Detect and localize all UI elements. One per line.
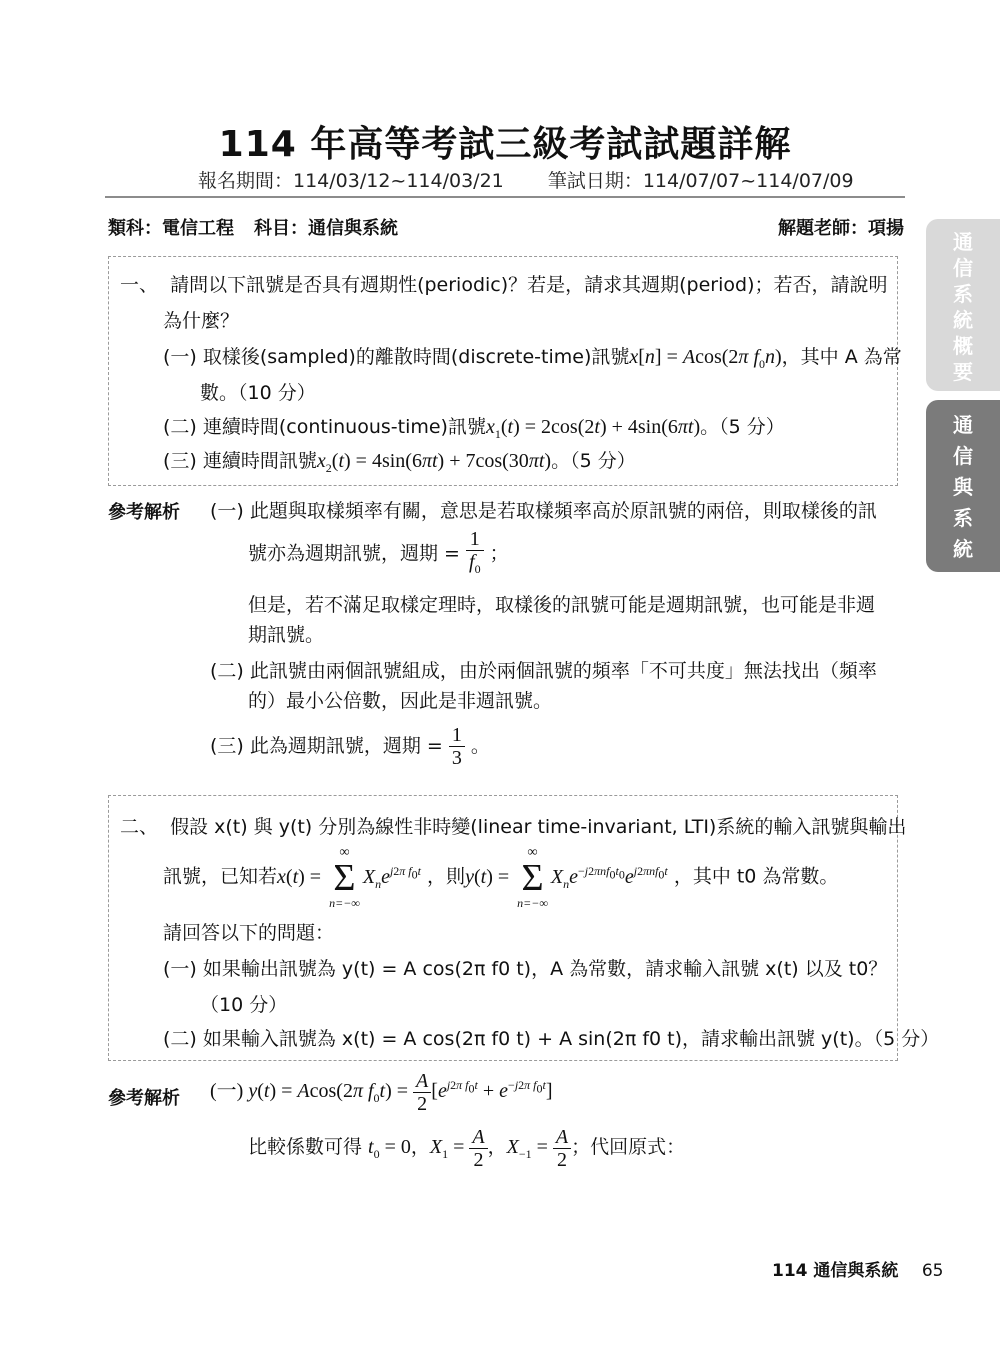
part-text: 如果輸出訊號為 y(t) = A cos(2π f0 t)，A 為常數，請求輸入… <box>203 958 887 980</box>
tab-char: 信 <box>926 255 1000 281</box>
x-formula: x(t) = ∞Σn=−∞Xnej2π f0t <box>277 866 421 888</box>
question-1-stem-cont: 為什麼？ <box>163 306 239 333</box>
question-2-stem-formulas: 訊號，已知若x(t) = ∞Σn=−∞Xnej2π f0t ，則y(t) = ∞… <box>163 846 838 910</box>
footer-label: 114 通信與系統 <box>772 1261 898 1281</box>
subject: 科目：通信與系統 <box>254 218 398 239</box>
stem-text: ，則 <box>427 866 465 888</box>
page-number: 65 <box>922 1261 944 1281</box>
tab-char: 要 <box>926 359 1000 385</box>
answer-tail: 。 <box>471 735 490 757</box>
answer-1-part-2-line-1: (二) 此訊號由兩個訊號組成，由於兩個訊號的頻率「不可共度」無法找出（頻率 <box>210 656 877 683</box>
question-2-part-1: (一) 如果輸出訊號為 y(t) = A cos(2π f0 t)，A 為常數，… <box>163 954 887 981</box>
stem-text: 假設 x(t) 與 y(t) 分別為線性非時變(linear time-inva… <box>170 816 906 838</box>
answer-1-part-1-line-2: 號亦為週期訊號，週期 = 1f0 ； <box>248 528 509 580</box>
part-text: 如果輸入訊號為 x(t) = A cos(2π f0 t) + A sin(2π… <box>203 1028 939 1050</box>
exam-dates: 報名期間：114/03/12~114/03/21 筆試日期：114/07/07~… <box>198 166 854 193</box>
answer-1-part-1-line-4: 期訊號。 <box>248 620 324 647</box>
answer-1-label: 參考解析 <box>108 498 180 524</box>
part-tail: 。（5 分） <box>700 416 785 438</box>
formula: x[n] = Acos(2π f0n) <box>629 346 781 368</box>
stem-text: ，其中 t0 為常數。 <box>674 866 839 888</box>
answer-text: 號亦為週期訊號，週期 = <box>248 543 460 565</box>
part-tail: 。（5 分） <box>551 450 636 472</box>
header-divider <box>105 196 905 198</box>
part-label: (一) <box>163 346 197 368</box>
registration-period: 報名期間：114/03/12~114/03/21 <box>198 170 504 192</box>
part-text: 取樣後(sampled)的離散時間(discrete-time)訊號 <box>203 346 629 368</box>
page-title: 114 年高等考試三級考試試題詳解 <box>0 116 1000 167</box>
question-number: 一、 <box>120 274 158 296</box>
stem-text: 訊號，已知若 <box>163 866 277 888</box>
formula: x2(t) = 4sin(6πt) + 7cos(30πt) <box>317 450 551 472</box>
tab-char: 概 <box>926 333 1000 359</box>
question-1-part-3: (三) 連續時間訊號x2(t) = 4sin(6πt) + 7cos(30πt)… <box>163 446 636 476</box>
part-text: 連續時間訊號 <box>203 450 317 472</box>
formula: x1(t) = 2cos(2t) + 4sin(6πt) <box>486 416 700 438</box>
tab-char: 統 <box>926 307 1000 333</box>
answer-1-part-1-line-1: (一) 此題與取樣頻率有關，意思是若取樣頻率高於原訊號的兩倍，則取樣後的訊 <box>210 496 877 523</box>
denominator: 3 <box>449 747 465 769</box>
question-1-stem: 一、 請問以下訊號是否具有週期性(periodic)？若是，請求其週期(peri… <box>120 270 888 297</box>
tab-char: 統 <box>926 534 1000 565</box>
tab-char: 系 <box>926 281 1000 307</box>
answer-2-label: 參考解析 <box>108 1084 180 1110</box>
tab-char: 信 <box>926 441 1000 472</box>
fraction: 1f0 <box>466 528 484 580</box>
page-footer: 114 通信與系統 65 <box>772 1256 943 1281</box>
teacher: 解題老師：項揚 <box>778 214 904 240</box>
question-2-stem: 二、 假設 x(t) 與 y(t) 分別為線性非時變(linear time-i… <box>120 812 906 839</box>
numerator: 1 <box>449 724 465 747</box>
part-label: (二) <box>163 1028 197 1050</box>
question-2-part-2: (二) 如果輸入訊號為 x(t) = A cos(2π f0 t) + A si… <box>163 1024 939 1051</box>
answer-1-part-1-line-3: 但是，若不滿足取樣定理時，取樣後的訊號可能是週期訊號，也可能是非週 <box>248 590 875 617</box>
side-tab-overview[interactable]: 通 信 系 統 概 要 <box>926 219 1000 391</box>
question-number: 二、 <box>120 816 158 838</box>
part-text: 連續時間(continuous-time)訊號 <box>203 416 486 438</box>
answer-1-part-3: (三) 此為週期訊號，週期 = 13 。 <box>210 724 490 769</box>
denominator: f0 <box>466 551 484 580</box>
part-label: (三) <box>163 450 197 472</box>
answer-1-part-2-line-2: 的）最小公倍數，因此是非週訊號。 <box>248 686 552 713</box>
fraction: 13 <box>449 724 465 769</box>
question-2-prompt: 請回答以下的問題： <box>163 918 334 945</box>
answer-tail: ； <box>490 543 509 565</box>
stem-text: 請問以下訊號是否具有週期性(periodic)？若是，請求其週期(period)… <box>170 274 887 296</box>
question-1-part-1-cont: 數。（10 分） <box>200 378 316 405</box>
question-1-part-2: (二) 連續時間(continuous-time)訊號x1(t) = 2cos(… <box>163 412 785 442</box>
answer-text: (三) 此為週期訊號，週期 = <box>210 735 443 757</box>
category: 類科：電信工程 <box>108 218 234 239</box>
part-label: (二) <box>163 416 197 438</box>
question-1-part-1: (一) 取樣後(sampled)的離散時間(discrete-time)訊號x[… <box>163 342 902 372</box>
tab-char: 通 <box>926 410 1000 441</box>
part-tail: ，其中 A 為常 <box>782 346 902 368</box>
tab-char: 系 <box>926 503 1000 534</box>
y-formula: y(t) = ∞Σn=−∞Xne−j2πnf0t0ej2πnf0t <box>465 866 668 888</box>
tab-char: 與 <box>926 472 1000 503</box>
side-tab-communication-systems[interactable]: 通 信 與 系 統 <box>926 400 1000 572</box>
exam-date: 筆試日期：114/07/07~114/07/09 <box>548 170 854 192</box>
answer-2-line-1: (一) y(t) = Acos(2π f0t) = A2[ej2π f0t + … <box>210 1070 553 1115</box>
answer-2-line-2: 比較係數可得 t0 = 0，X1 = A2，X−1 = A2；代回原式： <box>248 1126 685 1171</box>
part-label: (一) <box>163 958 197 980</box>
question-2-part-1-cont: （10 分） <box>200 990 287 1017</box>
numerator: 1 <box>466 528 484 551</box>
exam-meta: 類科：電信工程科目：通信與系統 解題老師：項揚 <box>108 214 904 240</box>
tab-char: 通 <box>926 229 1000 255</box>
